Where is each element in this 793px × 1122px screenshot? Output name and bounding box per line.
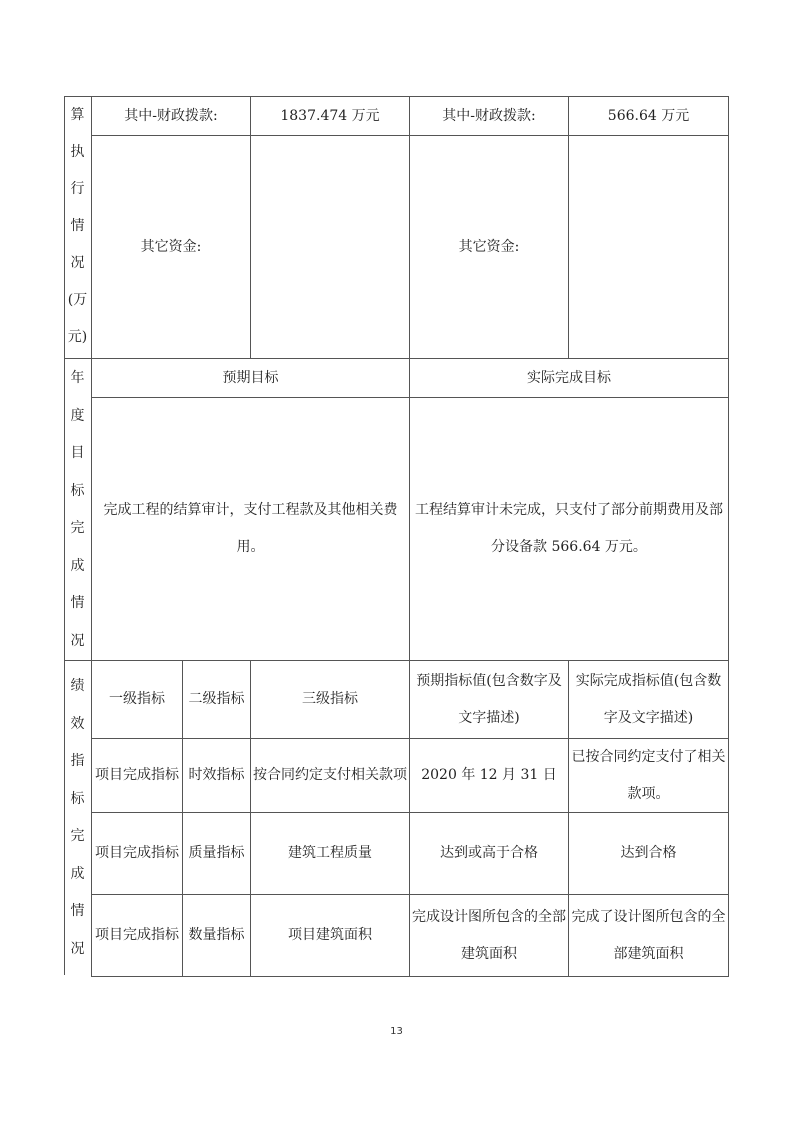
header-level1: 一级指标 [92,661,182,738]
expected-goal-text: 完成工程的结算审计，支付工程款及其他相关费用。 [92,398,409,660]
table-row-3-expected: 完成设计图所包含的全部建筑面积 [410,895,568,976]
side-char: 标 [71,473,85,511]
side-char: 况 [71,623,85,661]
header-level2: 二级指标 [183,661,250,738]
table-row-2-level3: 建筑工程质量 [251,813,409,894]
side-char: 绩 [71,668,85,706]
table-row-1-level2: 时效指标 [183,739,250,812]
side-char: 成 [71,548,85,586]
table-row-2-actual: 达到合格 [569,813,728,894]
side-char: 度 [71,398,85,436]
header-expected-value: 预期指标值(包含数字及文字描述) [410,661,568,738]
side-char: 情 [71,893,85,931]
header-level3: 三级指标 [251,661,409,738]
table-line [91,976,729,977]
actual-goal-header: 实际完成目标 [410,359,728,397]
side-char: 执 [71,134,85,171]
other-funds-value-left [251,136,409,358]
side-char: 况 [71,245,85,282]
other-funds-value-right [569,136,728,358]
table-row-2-level1: 项目完成指标 [92,813,182,894]
side-char: 完 [71,510,85,548]
table-row-2-level2: 质量指标 [183,813,250,894]
side-char: 效 [71,706,85,744]
page-number: 13 [0,1026,793,1037]
other-funds-label-right: 其它资金: [410,136,568,358]
other-funds-label-left: 其它资金: [92,136,250,358]
table-line [728,96,729,977]
side-char: 指 [71,743,85,781]
table-row-3-level2: 数量指标 [183,895,250,976]
side-char: 元) [68,319,87,356]
side-char: 标 [71,781,85,819]
table-row-1-level1: 项目完成指标 [92,739,182,812]
table-row-3-level1: 项目完成指标 [92,895,182,976]
table-row-1-level3: 按合同约定支付相关款项 [251,739,409,812]
side-char: 况 [71,931,85,969]
performance-side-label: 绩 效 指 标 完 成 情 况 [64,668,91,968]
table-row-3-actual: 完成了设计图所包含的全部建筑面积 [569,895,728,976]
table-row-1-expected: 2020 年 12 月 31 日 [410,739,568,812]
table-row-2-expected: 达到或高于合格 [410,813,568,894]
side-char: (万 [68,282,87,319]
fiscal-value-left: 1837.474 万元 [251,97,409,135]
annual-goal-side-label: 年 度 目 标 完 成 情 况 [64,360,91,660]
side-char: 年 [71,360,85,398]
side-char: 完 [71,818,85,856]
side-char: 行 [71,171,85,208]
budget-side-label: 算 执 行 情 况 (万 元) [64,97,91,356]
expected-goal-header: 预期目标 [92,359,409,397]
table-row-3-level3: 项目建筑面积 [251,895,409,976]
header-actual-value: 实际完成指标值(包含数字及文字描述) [569,661,728,738]
side-char: 情 [71,585,85,623]
fiscal-label-left: 其中-财政拨款: [92,97,250,135]
table-row-1-actual: 已按合同约定支付了相关款项。 [569,739,728,812]
side-char: 成 [71,856,85,894]
side-char: 算 [71,97,85,134]
side-char: 目 [71,435,85,473]
side-char: 情 [71,208,85,245]
fiscal-label-right: 其中-财政拨款: [410,97,568,135]
fiscal-value-right: 566.64 万元 [569,97,728,135]
actual-goal-text: 工程结算审计未完成，只支付了部分前期费用及部分设备款 566.64 万元。 [410,398,728,660]
